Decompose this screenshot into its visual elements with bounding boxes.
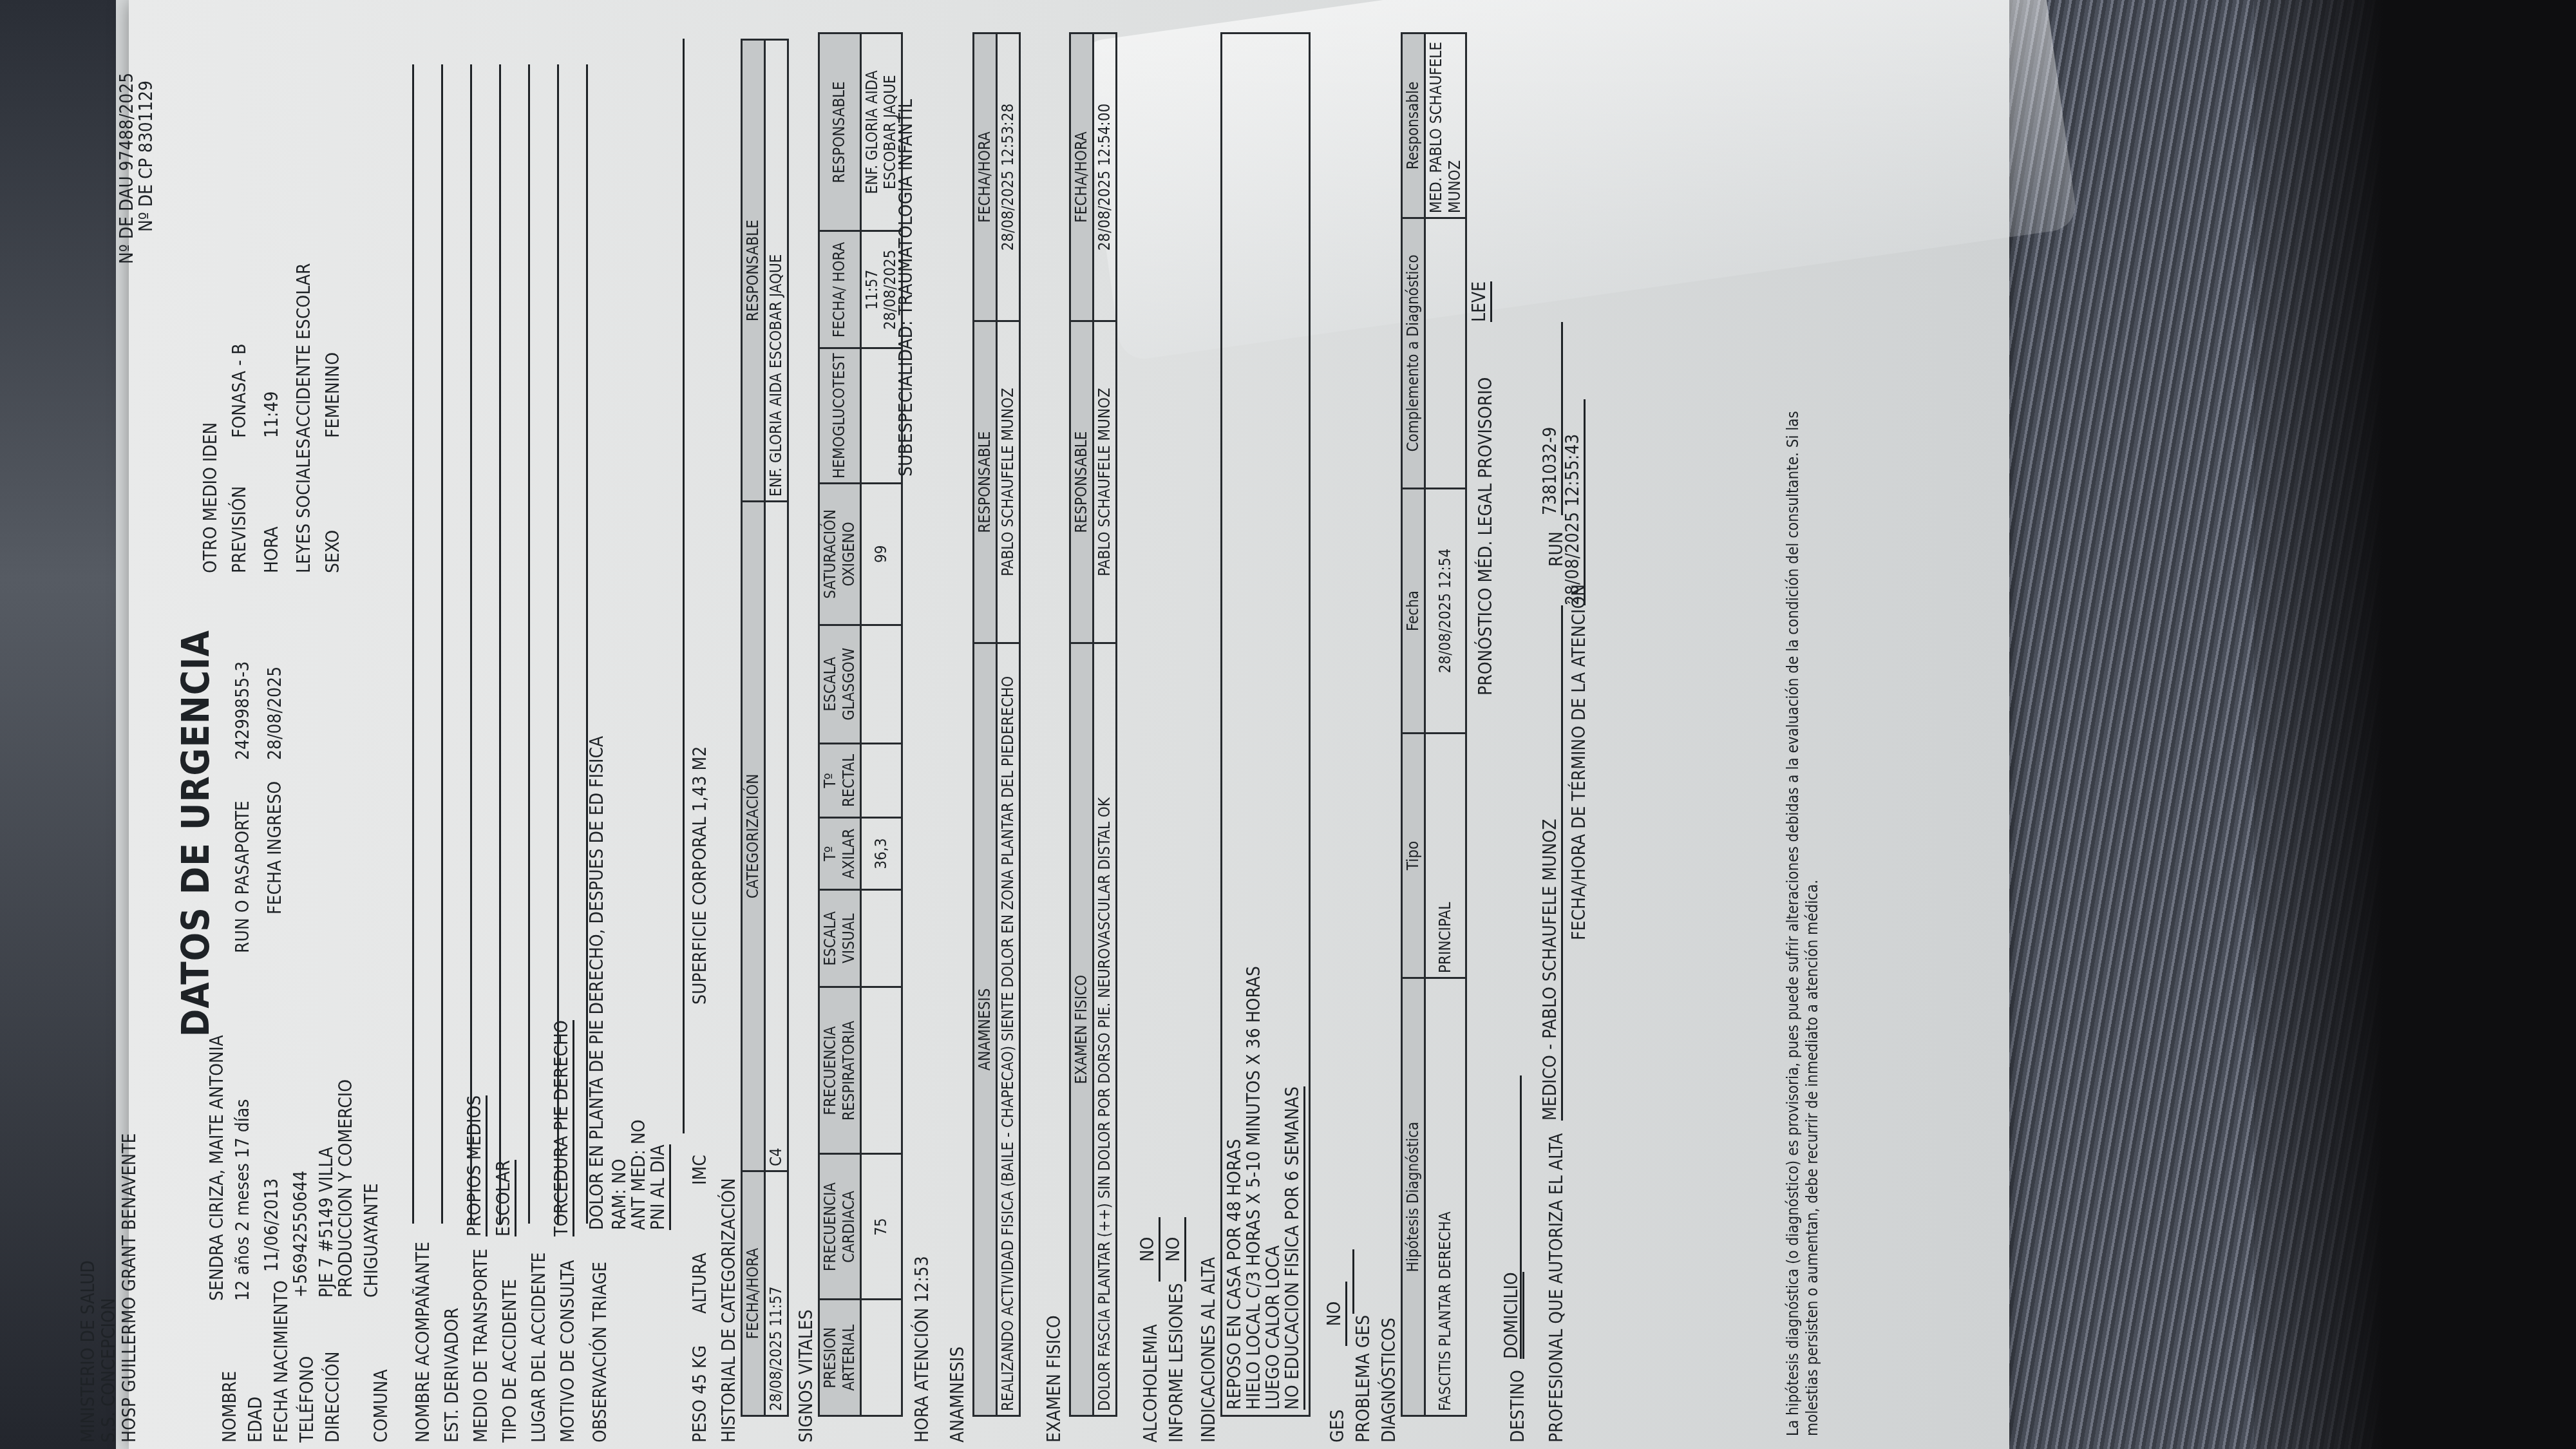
anamnesis-table: ANAMNESIS RESPONSABLE FECHA/HORA REALIZA… — [972, 32, 1021, 1417]
value-direccion-2: PRODUCCION Y COMERCIO — [335, 1079, 357, 1298]
value-fecha-nacimiento: 11/06/2013 — [261, 1179, 283, 1272]
label-direccion: DIRECCIÓN — [322, 1351, 344, 1443]
indicaciones-box: REPOSO EN CASA POR 48 HORAS HIELO LOCAL … — [1220, 32, 1311, 1417]
label-pronostico: PRONÓSTICO MÉD. LEGAL PROVISORIO — [1475, 377, 1497, 696]
label-run: RUN O PASAPORTE — [232, 800, 254, 953]
value-observacion-triage: DOLOR EN PLANTA DE PIE DERECHO, DESPUES … — [586, 736, 608, 1230]
value-comuna: CHIGUAYANTE — [361, 1183, 383, 1298]
label-observacion-triage: OBSERVACIÓN TRIAGE — [589, 1262, 611, 1443]
cat-header-categorizacion: CATEGORIZACIÓN — [742, 502, 765, 1171]
value-informe-lesiones: NO — [1162, 1217, 1186, 1282]
value-tipo-accidente: ESCOLAR — [493, 1160, 516, 1236]
cp-number: Nº DE CP 8301129 — [135, 80, 157, 232]
value-prevision: FONASA - B — [229, 344, 251, 439]
line-transporte — [470, 64, 472, 1224]
value-edad: 12 años 2 meses 17 días — [232, 1099, 254, 1301]
label-prevision: PREVISIÓN — [229, 486, 251, 573]
disclaimer-line-2: molestias persisten o aumentan, debe rec… — [1803, 880, 1822, 1436]
value-leyes-sociales: ACCIDENTE ESCOLAR — [293, 263, 315, 438]
table-row: DOLOR FASCIA PLANTAR (++) SIN DOLOR POR … — [1093, 33, 1116, 1416]
triage-pni: PNI AL DIA — [647, 1144, 671, 1230]
value-run-medico: 7381032-9 — [1539, 322, 1563, 515]
emergency-record: MINISTERIO DE SALUD S.S. CONCEPCION HOSP… — [135, 26, 1990, 1443]
triage-ant-med: ANT MED: NO — [628, 1119, 650, 1230]
line-tipo-accidente — [499, 64, 501, 1224]
line-est-derivador — [441, 64, 443, 1224]
diagnostics-table: Hipótesis Diagnóstica Tipo Fecha Complem… — [1401, 32, 1467, 1417]
table-row: 28/08/2025 11:57 C4 ENF. GLORIA AIDA ESC… — [764, 40, 788, 1416]
value-direccion: PJE 7 #5149 VILLA — [316, 1147, 337, 1298]
altura: ALTURA — [689, 1253, 711, 1314]
label-hora: HORA — [261, 527, 283, 573]
label-diagnosticos: DIAGNÓSTICOS — [1378, 1318, 1400, 1443]
dau-number: Nº DE DAU 97488/2025 — [116, 73, 138, 264]
background-shadow — [2254, 0, 2576, 1449]
ministry: MINISTERIO DE SALUD — [77, 1260, 99, 1443]
label-edad: EDAD — [245, 1397, 267, 1443]
attention-time: HORA ATENCIÓN 12:53 — [911, 1256, 933, 1443]
imc: IMC — [689, 1155, 711, 1185]
label-sexo: SEXO — [322, 530, 344, 573]
value-hora: 11:49 — [261, 391, 283, 438]
label-tipo-accidente: TIPO DE ACCIDENTE — [499, 1279, 521, 1443]
line-problema-ges — [1352, 1249, 1354, 1314]
line-motivo-consulta — [557, 64, 559, 1224]
vitals-title: SIGNOS VITALES — [795, 1309, 817, 1443]
categorization-title: HISTORIAL DE CATEGORIZACIÓN — [718, 1178, 740, 1443]
value-sexo: FEMENINO — [322, 352, 344, 438]
value-alcoholemia: NO — [1137, 1217, 1160, 1282]
label-comuna: COMUNA — [370, 1369, 392, 1443]
label-fecha-termino: FECHA/HORA DE TÉRMINO DE LA ATENCIÓN — [1568, 584, 1590, 940]
value-profesional-alta: MEDICO - PABLO SCHAUFELE MUNOZ — [1539, 605, 1563, 1121]
value-run: 24299855-3 — [232, 661, 254, 760]
label-fecha-nacimiento: FECHA NACIMIENTO — [270, 1280, 292, 1443]
subspecialty: SUBESPECIALIDAD: TRAUMATOLOGIA INFANTIL — [895, 99, 917, 477]
value-nombre: SENDRA CIRIZA, MAITE ANTONIA — [206, 1035, 228, 1301]
label-alcoholemia: ALCOHOLEMIA — [1140, 1324, 1162, 1443]
value-fecha-termino: 28/08/2025 12:55:43 — [1562, 399, 1586, 605]
label-destino: DESTINO — [1507, 1370, 1529, 1443]
table-row: REALIZANDO ACTIVIDAD FISICA (BAILE - CHA… — [996, 33, 1019, 1416]
label-est-derivador: EST. DERIVADOR — [441, 1307, 463, 1443]
value-fecha-ingreso: 28/08/2025 — [264, 667, 286, 760]
value-ges: NO — [1323, 1282, 1347, 1346]
label-problema-ges: PROBLEMA GES — [1352, 1315, 1374, 1443]
line-destino — [1520, 1075, 1522, 1359]
exam-label: EXAMEN FISICO — [1043, 1315, 1065, 1443]
service: S.S. CONCEPCION — [98, 1298, 120, 1443]
label-telefono: TELÉFONO — [296, 1356, 318, 1443]
line-lugar-accidente — [528, 64, 530, 1224]
line-anthropometry — [683, 39, 685, 1133]
label-lugar-accidente: LUGAR DEL ACCIDENTE — [528, 1253, 550, 1443]
label-motivo-consulta: MOTIVO DE CONSULTA — [557, 1260, 579, 1443]
value-transporte: PROPIOS MEDIOS — [464, 1095, 488, 1236]
categorization-table: FECHA/HORA CATEGORIZACIÓN RESPONSABLE 28… — [741, 39, 789, 1417]
label-otro-medio: OTRO MEDIO IDEN — [200, 422, 222, 573]
disclaimer-line-1: La hipótesis diagnóstica (o diagnóstico)… — [1784, 411, 1803, 1436]
label-transporte: MEDIO DE TRANSPORTE — [470, 1249, 492, 1443]
label-indicaciones: INDICACIONES AL ALTA — [1198, 1257, 1220, 1443]
cat-header-responsable: RESPONSABLE — [742, 40, 765, 502]
value-motivo-consulta: TORCEDURA PIE DERECHO — [551, 1020, 574, 1236]
superficie-corporal: SUPERFICIE CORPORAL 1,43 M2 — [689, 746, 711, 1005]
hospital-name: HOSP GUILLERMO GRANT BENAVENTE — [118, 1133, 140, 1443]
label-ges: GES — [1327, 1410, 1349, 1443]
exam-table: EXAMEN FISICO RESPONSABLE FECHA/HORA DOL… — [1069, 32, 1117, 1417]
cat-header-fecha: FECHA/HORA — [742, 1171, 765, 1416]
triage-ram: RAM: NO — [609, 1159, 630, 1230]
background-left — [0, 0, 116, 1449]
label-nombre: NOMBRE — [219, 1371, 241, 1443]
value-telefono: +56942550644 — [290, 1171, 312, 1298]
anamnesis-label: ANAMNESIS — [947, 1347, 969, 1443]
line-acompanante — [412, 64, 414, 1224]
label-informe-lesiones: INFORME LESIONES — [1166, 1283, 1188, 1443]
peso: PESO 45 KG — [689, 1345, 711, 1443]
document-title: DATOS DE URGENCIA — [174, 630, 219, 1037]
label-leyes-sociales: LEYES SOCIALES — [293, 439, 315, 573]
table-row: FASCITIS PLANTAR DERECHA PRINCIPAL 28/08… — [1425, 33, 1466, 1416]
vitals-table: PRESION ARTERIAL FRECUENCIA CARDIACA FRE… — [818, 32, 903, 1417]
label-profesional-alta: PROFESIONAL QUE AUTORIZA EL ALTA — [1546, 1133, 1567, 1443]
value-pronostico: LEVE — [1468, 281, 1492, 322]
label-fecha-ingreso: FECHA INGRESO — [264, 781, 286, 914]
line-observacion-triage — [586, 64, 588, 1224]
label-acompanante: NOMBRE ACOMPAÑANTE — [412, 1242, 434, 1443]
